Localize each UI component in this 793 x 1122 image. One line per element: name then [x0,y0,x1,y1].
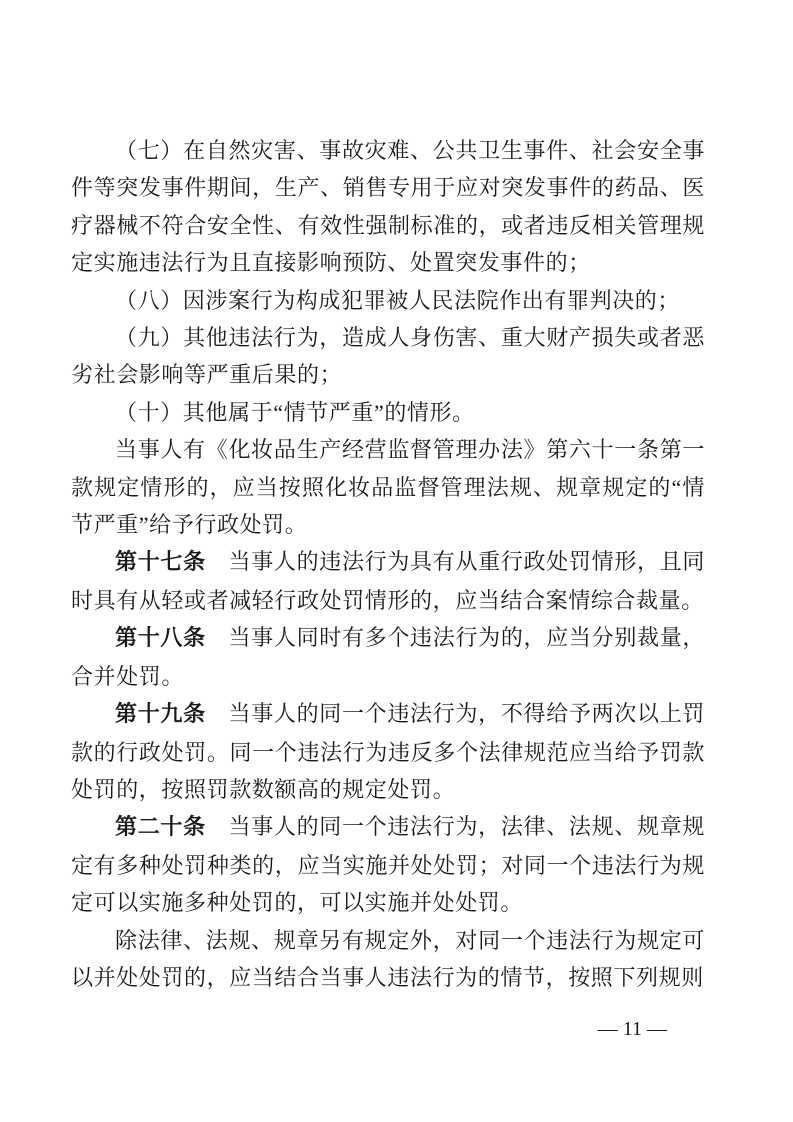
paragraph-text: 当事人有《化妆品生产经营监督管理办法》第六十一条第一款规定情形的，应当按照化妆品… [71,437,705,537]
paragraph-text: （十）其他属于“情节严重”的情形。 [115,400,475,425]
article-number: 第十七条 [115,550,206,575]
article-paragraph: 第十八条 当事人同时有多个违法行为的，应当分别裁量，合并处罚。 [71,619,705,695]
body-paragraph: （七）在自然灾害、事故灾难、公共卫生事件、社会安全事件等突发事件期间，生产、销售… [71,132,705,282]
paragraph-text: 除法律、法规、规章另有规定外，对同一个违法行为规定可以并处处罚的，应当结合当事人… [71,928,705,990]
body-paragraph: （八）因涉案行为构成犯罪被人民法院作出有罪判决的； [71,282,705,319]
page-number: — 11 — [598,1018,667,1040]
document-page: （七）在自然灾害、事故灾难、公共卫生事件、社会安全事件等突发事件期间，生产、销售… [0,0,793,1122]
article-paragraph: 第二十条 当事人的同一个违法行为，法律、法规、规章规定有多种处罚种类的，应当实施… [71,808,705,921]
body-paragraph: 除法律、法规、规章另有规定外，对同一个违法行为规定可以并处处罚的，应当结合当事人… [71,922,705,997]
article-number: 第二十条 [115,815,206,840]
article-paragraph: 第十九条 当事人的同一个违法行为，不得给予两次以上罚款的行政处罚。同一个违法行为… [71,695,705,808]
article-number: 第十九条 [115,702,206,727]
paragraph-text: （九）其他违法行为，造成人身伤害、重大财产损失或者恶劣社会影响等严重后果的； [71,325,705,387]
paragraph-text: （八）因涉案行为构成犯罪被人民法院作出有罪判决的； [115,288,680,313]
article-paragraph: 第十七条 当事人的违法行为具有从重行政处罚情形，且同时具有从轻或者减轻行政处罚情… [71,543,705,619]
article-number: 第十八条 [115,626,206,651]
document-body: （七）在自然灾害、事故灾难、公共卫生事件、社会安全事件等突发事件期间，生产、销售… [71,132,705,996]
body-paragraph: （十）其他属于“情节严重”的情形。 [71,394,705,431]
body-paragraph: 当事人有《化妆品生产经营监督管理办法》第六十一条第一款规定情形的，应当按照化妆品… [71,431,705,543]
body-paragraph: （九）其他违法行为，造成人身伤害、重大财产损失或者恶劣社会影响等严重后果的； [71,319,705,394]
paragraph-text: （七）在自然灾害、事故灾难、公共卫生事件、社会安全事件等突发事件期间，生产、销售… [71,138,705,275]
